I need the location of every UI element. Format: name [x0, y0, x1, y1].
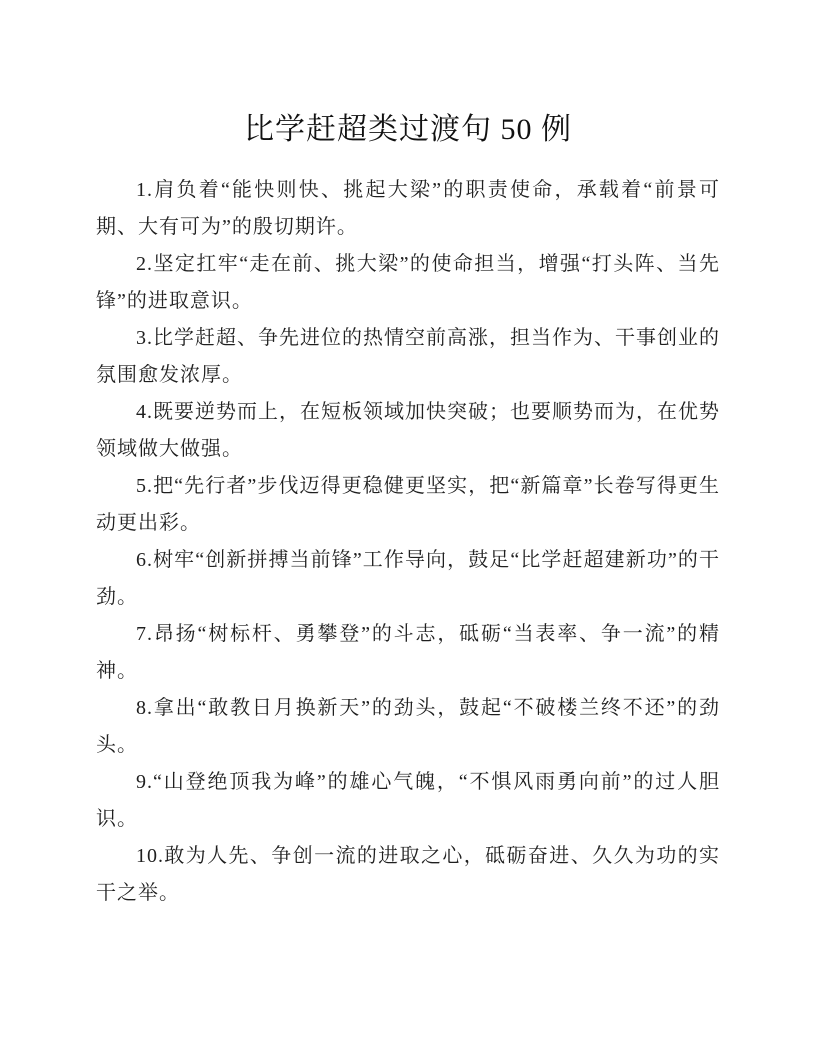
paragraph-3: 3.比学赶超、争先进位的热情空前高涨，担当作为、干事创业的氛围愈发浓厚。 — [96, 320, 720, 394]
paragraph-8: 8.拿出“敢教日月换新天”的劲头，鼓起“不破楼兰终不还”的劲头。 — [96, 690, 720, 764]
paragraph-5: 5.把“先行者”步伐迈得更稳健更坚实，把“新篇章”长卷写得更生动更出彩。 — [96, 468, 720, 542]
document-body: 1.肩负着“能快则快、挑起大梁”的职责使命，承载着“前景可期、大有可为”的殷切期… — [96, 172, 720, 912]
paragraph-2: 2.坚定扛牢“走在前、挑大梁”的使命担当，增强“打头阵、当先锋”的进取意识。 — [96, 246, 720, 320]
paragraph-1: 1.肩负着“能快则快、挑起大梁”的职责使命，承载着“前景可期、大有可为”的殷切期… — [96, 172, 720, 246]
document-title: 比学赶超类过渡句 50 例 — [96, 108, 720, 152]
paragraph-10: 10.敢为人先、争创一流的进取之心，砥砺奋进、久久为功的实干之举。 — [96, 838, 720, 912]
paragraph-9: 9.“山登绝顶我为峰”的雄心气魄，“不惧风雨勇向前”的过人胆识。 — [96, 764, 720, 838]
paragraph-6: 6.树牢“创新拼搏当前锋”工作导向，鼓足“比学赶超建新功”的干劲。 — [96, 542, 720, 616]
paragraph-7: 7.昂扬“树标杆、勇攀登”的斗志，砥砺“当表率、争一流”的精神。 — [96, 616, 720, 690]
document-page: 比学赶超类过渡句 50 例 1.肩负着“能快则快、挑起大梁”的职责使命，承载着“… — [0, 0, 816, 1056]
paragraph-4: 4.既要逆势而上，在短板领域加快突破；也要顺势而为，在优势领域做大做强。 — [96, 394, 720, 468]
